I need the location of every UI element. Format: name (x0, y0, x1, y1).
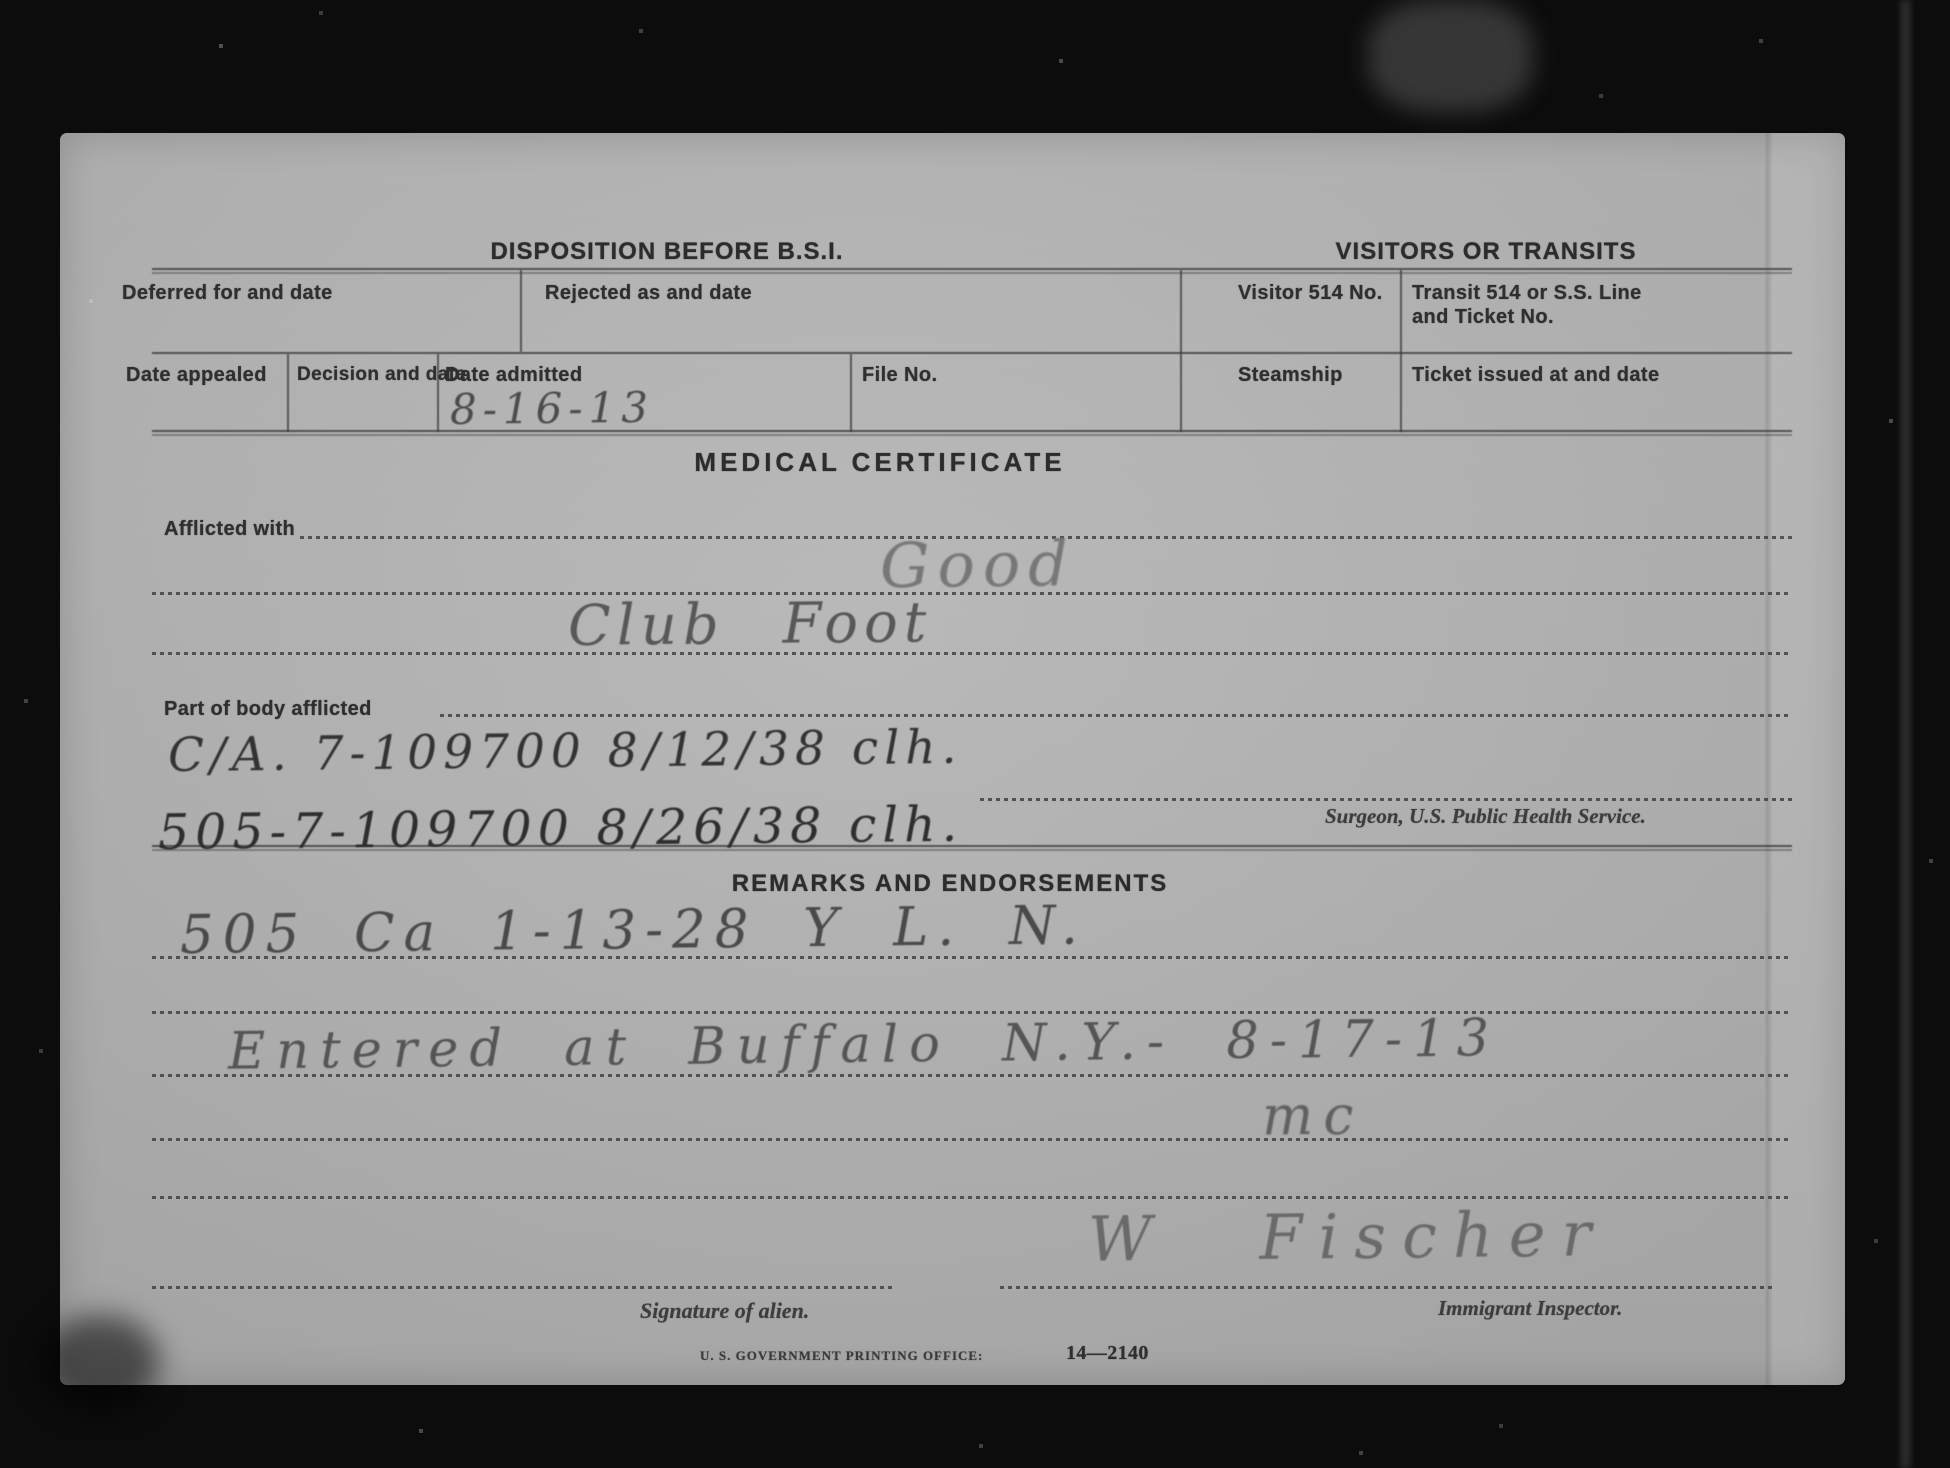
stamp-line2-handwriting: 505-7-109700 8/26/38 clh. (158, 796, 964, 861)
transit-514-label-line1: Transit 514 or S.S. Line (1412, 282, 1642, 305)
table-top-rule (152, 268, 1792, 270)
decision-label: Decision and date (297, 364, 466, 386)
surgeon-dotted-line (980, 798, 1792, 801)
divider-deferred-rejected (520, 270, 522, 352)
signature-of-alien-label: Signature of alien. (640, 1298, 809, 1324)
form-number: 14—2140 (1066, 1342, 1149, 1365)
deferred-label: Deferred for and date (122, 282, 333, 305)
immigrant-inspector-label: Immigrant Inspector. (1438, 1296, 1622, 1321)
steamship-label: Steamship (1238, 364, 1343, 387)
visitor-514-label: Visitor 514 No. (1238, 282, 1383, 305)
medical-certificate-title: MEDICAL CERTIFICATE (80, 447, 1680, 478)
date-appealed-label: Date appealed (126, 364, 267, 387)
dotted-line (152, 1138, 1792, 1141)
rejected-label: Rejected as and date (545, 282, 752, 305)
inspector-signature-handwriting: W Fischer (1088, 1197, 1608, 1275)
inspector-dotted-line (1000, 1286, 1772, 1289)
date-admitted-handwritten-value: 8-16-13 (450, 383, 655, 434)
scan-top-artifact (1368, 0, 1533, 112)
scan-corner-shadow (40, 1315, 160, 1410)
signature-alien-dotted-line (152, 1286, 892, 1289)
remarks-title: REMARKS AND ENDORSEMENTS (130, 870, 1770, 898)
film-speckles (0, 0, 2, 2)
afflicted-with-label: Afflicted with (164, 518, 295, 541)
surgeon-label: Surgeon, U.S. Public Health Service. (1325, 804, 1646, 829)
ticket-issued-label: Ticket issued at and date (1412, 364, 1660, 387)
file-no-label: File No. (862, 364, 937, 387)
scanned-immigration-card-page: DISPOSITION BEFORE B.S.I. VISITORS OR TR… (0, 0, 1950, 1468)
dotted-line (152, 956, 1792, 959)
divider-visitor-transit (1400, 270, 1402, 432)
dotted-line (152, 652, 1792, 655)
table-bottom-rule (152, 430, 1792, 432)
divider-sections (1180, 270, 1182, 432)
divider-admitted-fileno (850, 354, 852, 432)
afflicted-value-handwriting: Club Foot (568, 590, 933, 659)
table-mid-rule (152, 352, 1792, 354)
dotted-line (152, 1074, 1792, 1077)
stamp-line1-handwriting: C/A. 7-109700 8/12/38 clh. (168, 720, 963, 783)
scan-edge-artifact (1900, 0, 1911, 1468)
visitors-section-title: VISITORS OR TRANSITS (1180, 238, 1792, 266)
divider-appealed-decision (287, 354, 289, 432)
disposition-section-title: DISPOSITION BEFORE B.S.I. (152, 238, 1182, 266)
part-of-body-label: Part of body afflicted (164, 698, 372, 721)
dotted-line (152, 1011, 1792, 1014)
gpo-imprint: U. S. GOVERNMENT PRINTING OFFICE: (700, 1348, 983, 1364)
part-of-body-dotted-line (440, 714, 1792, 717)
transit-514-label-line2: and Ticket No. (1412, 306, 1554, 329)
